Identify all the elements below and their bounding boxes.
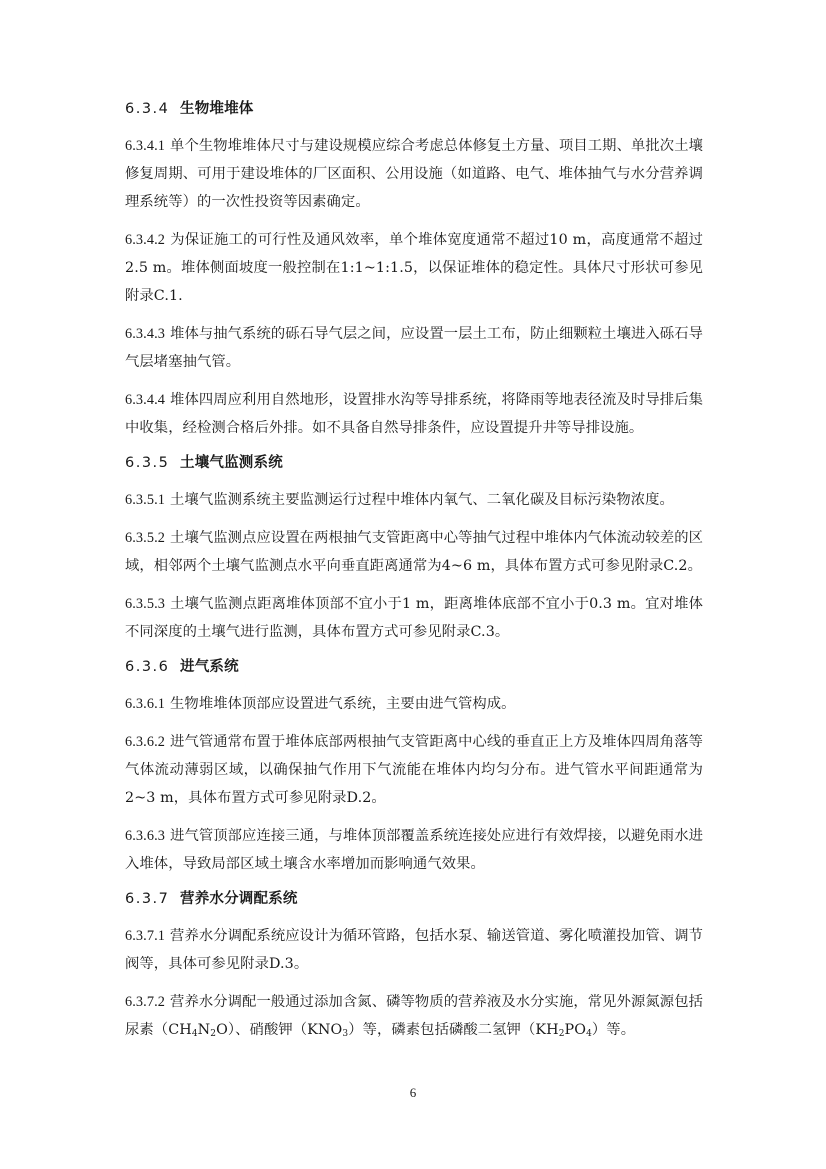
paragraph-text-part: ）等，磷素包括磷酸二氢钾（KH (348, 1022, 559, 1038)
paragraph: 6.3.4.4堆体四周应利用自然地形，设置排水沟等导排系统，将降雨等地表径流及时… (125, 386, 703, 442)
paragraph-text: 单个生物堆堆体尺寸与建设规模应综合考虑总体修复土方量、项目工期、单批次土壤修复周… (125, 138, 703, 210)
paragraph-number: 6.3.5.2 (125, 530, 165, 546)
section-heading: 6.3.4生物堆堆体 (125, 98, 703, 120)
paragraph-text-part: N (198, 1022, 211, 1038)
paragraph: 6.3.6.3进气管顶部应连接三通，与堆体顶部覆盖系统连接处应进行有效焊接，以避… (125, 822, 703, 878)
paragraph-number: 6.3.4.2 (125, 232, 165, 248)
paragraph: 6.3.4.1单个生物堆堆体尺寸与建设规模应综合考虑总体修复土方量、项目工期、单… (125, 132, 703, 216)
paragraph-text: 土壤气监测点距离堆体顶部不宜小于1 m，距离堆体底部不宜小于0.3 m。宜对堆体… (125, 596, 703, 640)
page-number: 6 (0, 1085, 826, 1101)
paragraph-text-part: O）、硝酸钾（KNO (216, 1022, 342, 1038)
paragraph: 6.3.6.1生物堆堆体顶部应设置进气系统，主要由进气管构成。 (125, 690, 703, 718)
section-number: 6.3.5 (125, 452, 180, 474)
paragraph-text: 营养水分调配系统应设计为循环管路，包括水泵、输送管道、雾化喷灌投加管、调节阀等，… (125, 928, 703, 972)
paragraph-text: 土壤气监测点应设置在两根抽气支管距离中心等抽气过程中堆体内气体流动较差的区域，相… (125, 530, 703, 574)
paragraph-text: 为保证施工的可行性及通风效率，单个堆体宽度通常不超过10 m，高度通常不超过2.… (125, 232, 703, 304)
paragraph: 6.3.7.1营养水分调配系统应设计为循环管路，包括水泵、输送管道、雾化喷灌投加… (125, 922, 703, 978)
section-title: 营养水分调配系统 (180, 891, 298, 907)
paragraph: 6.3.4.2为保证施工的可行性及通风效率，单个堆体宽度通常不超过10 m，高度… (125, 226, 703, 310)
paragraph-number: 6.3.5.3 (125, 596, 165, 612)
paragraph-text: 土壤气监测系统主要监测运行过程中堆体内氧气、二氧化碳及目标污染物浓度。 (170, 492, 674, 508)
paragraph-text-part: PO (565, 1022, 587, 1038)
paragraph-text-part: ）等。 (592, 1022, 635, 1038)
section-heading: 6.3.6进气系统 (125, 656, 703, 678)
section-heading: 6.3.5土壤气监测系统 (125, 452, 703, 474)
paragraph-number: 6.3.6.1 (125, 696, 165, 712)
section-title: 生物堆堆体 (180, 101, 254, 117)
document-page: 6.3.4生物堆堆体 6.3.4.1单个生物堆堆体尺寸与建设规模应综合考虑总体修… (125, 98, 703, 1054)
section-title: 进气系统 (180, 659, 239, 675)
paragraph-text: 堆体四周应利用自然地形，设置排水沟等导排系统，将降雨等地表径流及时导排后集中收集… (125, 392, 703, 436)
paragraph-number: 6.3.6.2 (125, 734, 165, 750)
section-heading: 6.3.7营养水分调配系统 (125, 888, 703, 910)
paragraph-number: 6.3.4.1 (125, 138, 165, 154)
paragraph: 6.3.5.2土壤气监测点应设置在两根抽气支管距离中心等抽气过程中堆体内气体流动… (125, 524, 703, 580)
paragraph: 6.3.5.3土壤气监测点距离堆体顶部不宜小于1 m，距离堆体底部不宜小于0.3… (125, 590, 703, 646)
paragraph-number: 6.3.5.1 (125, 492, 165, 508)
section-number: 6.3.6 (125, 656, 180, 678)
paragraph-text: 进气管顶部应连接三通，与堆体顶部覆盖系统连接处应进行有效焊接，以避免雨水进入堆体… (125, 828, 703, 872)
paragraph-text: 生物堆堆体顶部应设置进气系统，主要由进气管构成。 (170, 696, 516, 712)
paragraph-number: 6.3.4.3 (125, 326, 165, 342)
section-number: 6.3.4 (125, 98, 180, 120)
paragraph-number: 6.3.7.2 (125, 994, 165, 1010)
paragraph: 6.3.7.2营养水分调配一般通过添加含氮、磷等物质的营养液及水分实施，常见外源… (125, 988, 703, 1044)
section-number: 6.3.7 (125, 888, 180, 910)
paragraph-number: 6.3.4.4 (125, 392, 165, 408)
paragraph-number: 6.3.6.3 (125, 828, 165, 844)
paragraph: 6.3.4.3堆体与抽气系统的砾石导气层之间，应设置一层土工布，防止细颗粒土壤进… (125, 320, 703, 376)
section-title: 土壤气监测系统 (180, 455, 283, 471)
paragraph-text: 堆体与抽气系统的砾石导气层之间，应设置一层土工布，防止细颗粒土壤进入砾石导气层堵… (125, 326, 703, 370)
paragraph: 6.3.5.1土壤气监测系统主要监测运行过程中堆体内氧气、二氧化碳及目标污染物浓… (125, 486, 703, 514)
paragraph-number: 6.3.7.1 (125, 928, 165, 944)
paragraph: 6.3.6.2进气管通常布置于堆体底部两根抽气支管距离中心线的垂直正上方及堆体四… (125, 728, 703, 812)
paragraph-text: 进气管通常布置于堆体底部两根抽气支管距离中心线的垂直正上方及堆体四周角落等气体流… (125, 734, 703, 806)
